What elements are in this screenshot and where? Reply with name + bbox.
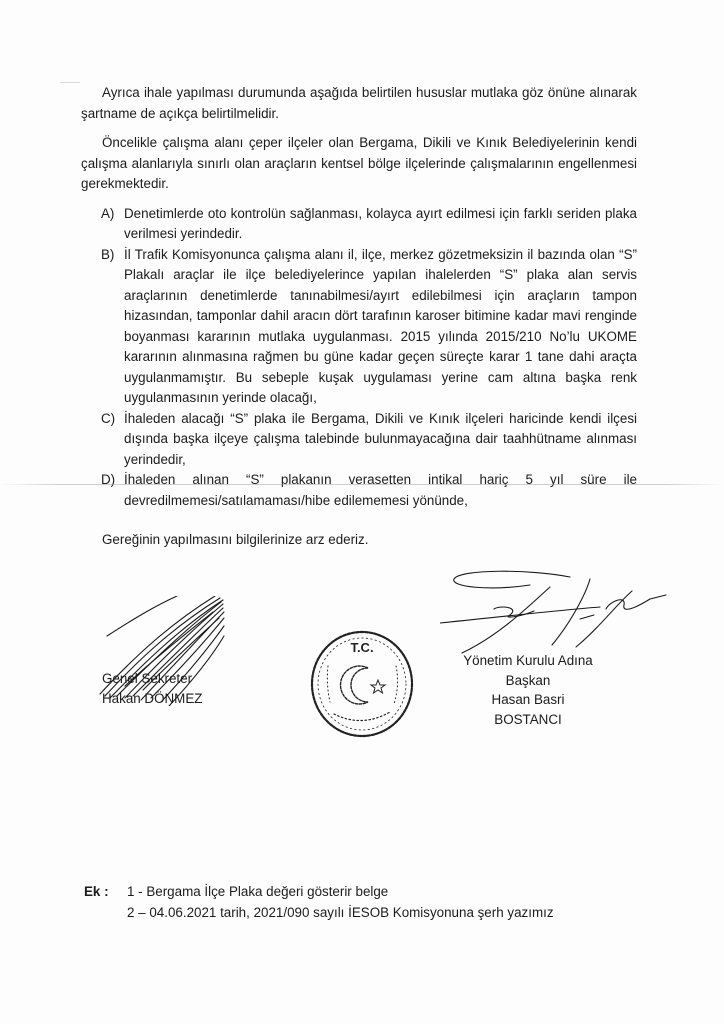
list-item-d: D) İhaleden alınan “S” plakanın verasett…	[81, 470, 637, 511]
requirements-list: A) Denetimlerde oto kontrolün sağlanması…	[81, 204, 637, 512]
list-text-c: İhaleden alacağı “S” plaka ile Bergama, …	[124, 411, 637, 467]
document-body: Ayrıca ihale yapılması durumunda aşağıda…	[81, 83, 637, 551]
scan-fold-line	[0, 484, 724, 485]
signer-title-right: Başkan	[458, 671, 598, 691]
attachments-list: 1 - Bergama İlçe Plaka değeri gösterir b…	[84, 881, 554, 923]
list-label-c: C)	[101, 409, 115, 430]
paragraph-priority: Öncelikle çalışma alanı çeper ilçeler ol…	[81, 133, 637, 195]
signer-title-left: Genel Sekreter	[102, 669, 202, 689]
list-item-c: C) İhaleden alacağı “S” plaka ile Bergam…	[81, 409, 637, 471]
signature-scribble-right-icon	[440, 565, 680, 655]
signature-block-left: Genel Sekreter Hakan DÖNMEZ	[102, 669, 202, 709]
signer-name-right: Hasan Basri BOSTANCI	[458, 690, 598, 729]
attachments-label: Ek :	[84, 881, 124, 902]
list-label-d: D)	[101, 470, 115, 491]
list-label-b: B)	[101, 245, 114, 266]
attachments-block: Ek : 1 - Bergama İlçe Plaka değeri göste…	[84, 881, 554, 923]
list-item-a: A) Denetimlerde oto kontrolün sağlanması…	[81, 204, 637, 245]
attachment-item-2: 2 – 04.06.2021 tarih, 2021/090 sayılı İE…	[127, 902, 554, 923]
scan-artifact-line	[60, 82, 80, 83]
official-seal-icon: T.C.	[308, 628, 416, 740]
document-page: Ayrıca ihale yapılması durumunda aşağıda…	[0, 0, 724, 1024]
signer-role-right: Yönetim Kurulu Adına	[458, 651, 598, 671]
signature-block-right: Yönetim Kurulu Adına Başkan Hasan Basri …	[458, 651, 598, 729]
list-text-d: İhaleden alınan “S” plakanın verasetten …	[124, 472, 637, 508]
seal-text: T.C.	[350, 640, 373, 655]
list-text-a: Denetimlerde oto kontrolün sağlanması, k…	[124, 206, 637, 242]
signer-name-left: Hakan DÖNMEZ	[102, 689, 202, 709]
list-item-b: B) İl Trafik Komisyonunca çalışma alanı …	[81, 245, 637, 409]
closing-sentence: Gereğinin yapılmasını bilgilerinize arz …	[102, 530, 637, 551]
list-text-b: İl Trafik Komisyonunca çalışma alanı il,…	[124, 247, 637, 406]
paragraph-intro: Ayrıca ihale yapılması durumunda aşağıda…	[81, 83, 637, 124]
list-label-a: A)	[101, 204, 114, 225]
attachment-item-1: 1 - Bergama İlçe Plaka değeri gösterir b…	[127, 881, 554, 902]
